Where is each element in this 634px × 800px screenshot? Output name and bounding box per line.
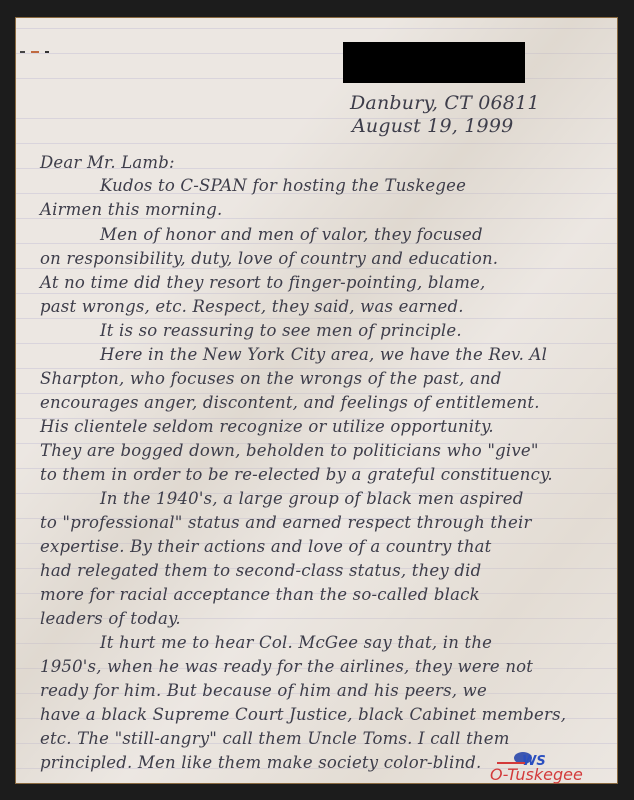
body-line: on responsibility, duty, love of country… xyxy=(40,249,498,268)
body-line: It hurt me to hear Col. McGee say that, … xyxy=(100,633,492,652)
body-line: principled. Men like them make society c… xyxy=(40,753,482,772)
body-line: encourages anger, discontent, and feelin… xyxy=(40,393,540,412)
red-annotation-stroke xyxy=(497,762,525,764)
body-line: Men of honor and men of valor, they focu… xyxy=(100,225,483,244)
sender-address: Danbury, CT 06811 xyxy=(350,92,540,114)
body-line: 1950's, when he was ready for the airlin… xyxy=(40,657,533,676)
redacted-name-block xyxy=(343,42,525,83)
red-annotation: O-Tuskegee xyxy=(490,765,583,784)
body-line: His clientele seldom recognize or utiliz… xyxy=(40,417,494,436)
body-line: Here in the New York City area, we have … xyxy=(100,345,547,364)
body-line: In the 1940's, a large group of black me… xyxy=(100,489,524,508)
body-line: past wrongs, etc. Respect, they said, wa… xyxy=(40,297,464,316)
body-line: They are bogged down, beholden to politi… xyxy=(40,441,539,460)
punch-marks xyxy=(20,38,55,57)
body-line: Sharpton, who focuses on the wrongs of t… xyxy=(40,369,502,388)
body-line: to them in order to be re-elected by a g… xyxy=(40,465,553,484)
salutation: Dear Mr. Lamb: xyxy=(40,153,175,172)
body-line: had relegated them to second-class statu… xyxy=(40,561,481,580)
body-line: leaders of today. xyxy=(40,609,181,628)
body-line: more for racial acceptance than the so-c… xyxy=(40,585,480,604)
body-line: expertise. By their actions and love of … xyxy=(40,537,492,556)
body-line: Kudos to C-SPAN for hosting the Tuskegee xyxy=(100,176,466,195)
letter-date: August 19, 1999 xyxy=(352,115,513,137)
body-line: have a black Supreme Court Justice, blac… xyxy=(40,705,566,724)
body-line: At no time did they resort to finger-poi… xyxy=(40,273,485,292)
body-line: to "professional" status and earned resp… xyxy=(40,513,532,532)
body-line: It is so reassuring to see men of princi… xyxy=(100,321,462,340)
body-line: etc. The "still-angry" call them Uncle T… xyxy=(40,729,510,748)
body-line: Airmen this morning. xyxy=(40,200,222,219)
body-line: ready for him. But because of him and hi… xyxy=(40,681,487,700)
